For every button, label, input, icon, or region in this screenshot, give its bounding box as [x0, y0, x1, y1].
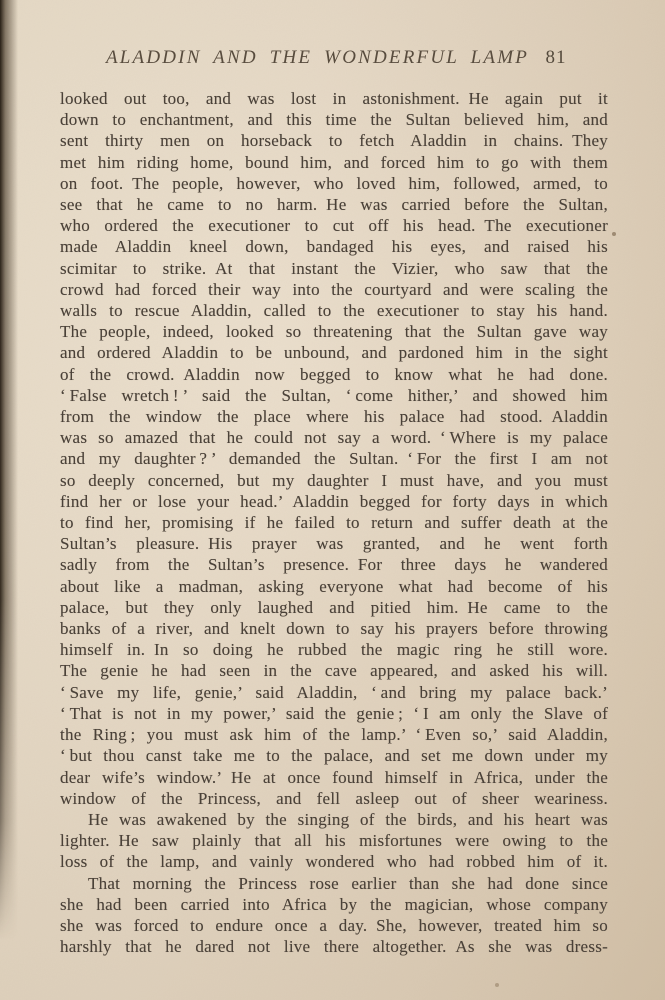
- text-line: so deeply concerned, but my daughter I m…: [60, 470, 608, 491]
- page-edge-shadow: [0, 0, 18, 1000]
- text-line: she was forced to endure once a day. She…: [60, 915, 608, 936]
- text-line: dear wife’s window.’ He at once found hi…: [60, 767, 608, 788]
- text-line: banks of a river, and knelt down to say …: [60, 618, 608, 639]
- paper-speck: [495, 983, 499, 987]
- text-line: sent thirty men on horseback to fetch Al…: [60, 130, 608, 151]
- text-line: and my daughter ? ’ demanded the Sultan.…: [60, 448, 608, 469]
- paragraph: That morning the Princess rose earlier t…: [60, 873, 608, 958]
- text-line: ‘ but thou canst take me to the palace, …: [60, 745, 608, 766]
- text-line: see that he came to no harm. He was carr…: [60, 194, 608, 215]
- text-line: and ordered Aladdin to be unbound, and p…: [60, 342, 608, 363]
- page-number: 81: [538, 47, 574, 69]
- text-line: sadly from the Sultan’s presence. For th…: [60, 554, 608, 575]
- text-line: she had been carried into Africa by the …: [60, 894, 608, 915]
- text-line: himself in. In so doing he rubbed the ma…: [60, 639, 608, 660]
- text-line: to find her, promising if he failed to r…: [60, 512, 608, 533]
- text-line: the Ring ; you must ask him of the lamp.…: [60, 724, 608, 745]
- body-text: looked out too, and was lost in astonish…: [60, 88, 608, 957]
- text-line: ‘ That is not in my power,’ said the gen…: [60, 703, 608, 724]
- text-line: He was awakened by the singing of the bi…: [60, 809, 608, 830]
- paragraph: He was awakened by the singing of the bi…: [60, 809, 608, 873]
- paragraph: looked out too, and was lost in astonish…: [60, 88, 608, 809]
- running-header-title: ALADDIN AND THE WONDERFUL LAMP: [60, 47, 575, 69]
- text-line: That morning the Princess rose earlier t…: [60, 873, 608, 894]
- text-line: window of the Princess, and fell asleep …: [60, 788, 608, 809]
- text-line: Sultan’s pleasure. His prayer was grante…: [60, 533, 608, 554]
- text-line: palace, but they only laughed and pitied…: [60, 597, 608, 618]
- text-line: ‘ False wretch ! ’ said the Sultan, ‘ co…: [60, 385, 608, 406]
- text-line: harshly that he dared not live there alt…: [60, 936, 608, 957]
- text-line: walls to rescue Aladdin, called to the e…: [60, 300, 608, 321]
- text-line: on foot. The people, however, who loved …: [60, 173, 608, 194]
- scanned-book-page: ALADDIN AND THE WONDERFUL LAMP 81 looked…: [0, 0, 665, 1000]
- paper-speck: [612, 232, 616, 236]
- text-line: of the crowd. Aladdin now begged to know…: [60, 364, 608, 385]
- text-line: The genie he had seen in the cave appear…: [60, 660, 608, 681]
- text-line: ‘ Save my life, genie,’ said Aladdin, ‘ …: [60, 682, 608, 703]
- text-line: looked out too, and was lost in astonish…: [60, 88, 608, 109]
- text-line: scimitar to strike. At that instant the …: [60, 258, 608, 279]
- text-line: loss of the lamp, and vainly wondered wh…: [60, 851, 608, 872]
- text-line: find her or lose your head.’ Aladdin beg…: [60, 491, 608, 512]
- text-line: lighter. He saw plainly that all his mis…: [60, 830, 608, 851]
- text-line: down to enchantment, and this time the S…: [60, 109, 608, 130]
- text-line: met him riding home, bound him, and forc…: [60, 152, 608, 173]
- text-line: made Aladdin kneel down, bandaged his ey…: [60, 236, 608, 257]
- text-line: The people, indeed, looked so threatenin…: [60, 321, 608, 342]
- text-line: who ordered the executioner to cut off h…: [60, 215, 608, 236]
- text-line: crowd had forced their way into the cour…: [60, 279, 608, 300]
- text-line: about like a madman, asking everyone wha…: [60, 576, 608, 597]
- text-line: from the window the place where his pala…: [60, 406, 608, 427]
- text-line: was so amazed that he could not say a wo…: [60, 427, 608, 448]
